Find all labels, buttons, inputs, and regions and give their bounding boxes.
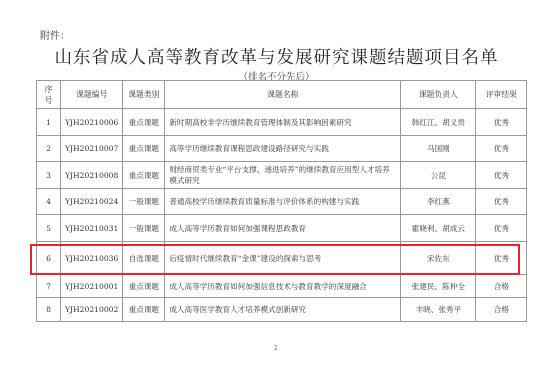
cell-result: 优秀 xyxy=(476,215,527,242)
cell-result: 优秀 xyxy=(476,136,527,162)
cell-code: YJH20210008 xyxy=(61,162,123,189)
cell-name: 高等学历继续教育课程思政建设路径研究与实践 xyxy=(165,136,401,162)
header-code: 课题编号 xyxy=(61,81,123,109)
cell-result: 合格 xyxy=(476,275,527,298)
header-name: 课题名称 xyxy=(165,81,401,109)
cell-name: 成人高等学历教育如何加强课程思政教育 xyxy=(165,215,401,242)
cell-code: YJH20210006 xyxy=(61,109,123,136)
cell-name: 成人高等学历教育如何加强信息技术与教育教学的深度融合 xyxy=(165,275,401,298)
cell-no: 4 xyxy=(37,189,61,215)
cell-type: 重点课题 xyxy=(123,298,165,322)
cell-type: 重点课题 xyxy=(123,109,165,136)
cell-result: 优秀 xyxy=(476,109,527,136)
cell-no: 5 xyxy=(37,215,61,242)
cell-no: 1 xyxy=(37,109,61,136)
cell-name: 财经商贸类专业“平台支撑、递进培养”的继续教育应用型人才培养模式研究 xyxy=(165,162,401,189)
cell-lead: 丰晓、张秀平 xyxy=(401,298,476,322)
cell-name: 后疫情时代继续教育“金课”建设的探索与思考 xyxy=(165,242,401,275)
cell-name: 普通高校学历继续教育质量标准与评价体系的构建与实践 xyxy=(165,189,401,215)
cell-code: YJH20210007 xyxy=(61,136,123,162)
cell-code: YJH20210031 xyxy=(61,215,123,242)
cell-result: 优秀 xyxy=(476,242,527,275)
table-row: 4 YJH20210024 一般课题 普通高校学历继续教育质量标准与评价体系的构… xyxy=(37,189,527,215)
cell-code: YJH20210002 xyxy=(61,298,123,322)
project-list-table: 序号 课题编号 课题类别 课题名称 课题负责人 评审结果 1 YJH202100… xyxy=(36,80,527,322)
cell-no: 2 xyxy=(37,136,61,162)
cell-lead: 霍晓利、胡成云 xyxy=(401,215,476,242)
header-type: 课题类别 xyxy=(123,81,165,109)
cell-no: 3 xyxy=(37,162,61,189)
cell-type: 自选课题 xyxy=(123,242,165,275)
cell-name: 新时期高校非学历继续教育管理体制及其影响因素研究 xyxy=(165,109,401,136)
cell-lead: 李红燕 xyxy=(401,189,476,215)
cell-result: 优秀 xyxy=(476,162,527,189)
cell-code: YJH20210036 xyxy=(61,242,123,275)
table-row: 3 YJH20210008 重点课题 财经商贸类专业“平台支撑、递进培养”的继续… xyxy=(37,162,527,189)
header-lead: 课题负责人 xyxy=(401,81,476,109)
cell-type: 重点课题 xyxy=(123,136,165,162)
cell-type: 一般课题 xyxy=(123,189,165,215)
header-no: 序号 xyxy=(37,81,61,109)
cell-type: 一般课题 xyxy=(123,215,165,242)
cell-result: 优秀 xyxy=(476,189,527,215)
cell-result: 合格 xyxy=(476,298,527,322)
cell-lead: 公昆 xyxy=(401,162,476,189)
table-row: 8 YJH20210002 重点课题 成人高等医学教育人才培养模式创新研究 丰晓… xyxy=(37,298,527,322)
cell-code: YJH20210001 xyxy=(61,275,123,298)
table-row-highlighted: 6 YJH20210036 自选课题 后疫情时代继续教育“金课”建设的探索与思考… xyxy=(37,242,527,275)
cell-type: 重点课题 xyxy=(123,275,165,298)
attachment-label: 附件： xyxy=(40,27,70,42)
cell-no: 7 xyxy=(37,275,61,298)
page-number: 2 xyxy=(274,345,278,352)
table-header-row: 序号 课题编号 课题类别 课题名称 课题负责人 评审结果 xyxy=(37,81,527,109)
cell-lead: 韩红江、胡义贵 xyxy=(401,109,476,136)
cell-name: 成人高等医学教育人才培养模式创新研究 xyxy=(165,298,401,322)
cell-lead: 宋佐东 xyxy=(401,242,476,275)
document-title: 山东省成人高等教育改革与发展研究课题结题项目名单 xyxy=(0,44,553,69)
cell-type: 重点课题 xyxy=(123,162,165,189)
cell-lead: 张建民、陈仲全 xyxy=(401,275,476,298)
header-result: 评审结果 xyxy=(476,81,527,109)
cell-code: YJH20210024 xyxy=(61,189,123,215)
table-row: 5 YJH20210031 一般课题 成人高等学历教育如何加强课程思政教育 霍晓… xyxy=(37,215,527,242)
cell-lead: 马国刚 xyxy=(401,136,476,162)
cell-no: 8 xyxy=(37,298,61,322)
table-row: 2 YJH20210007 重点课题 高等学历继续教育课程思政建设路径研究与实践… xyxy=(37,136,527,162)
cell-no: 6 xyxy=(37,242,61,275)
table-row: 7 YJH20210001 重点课题 成人高等学历教育如何加强信息技术与教育教学… xyxy=(37,275,527,298)
table-row: 1 YJH20210006 重点课题 新时期高校非学历继续教育管理体制及其影响因… xyxy=(37,109,527,136)
